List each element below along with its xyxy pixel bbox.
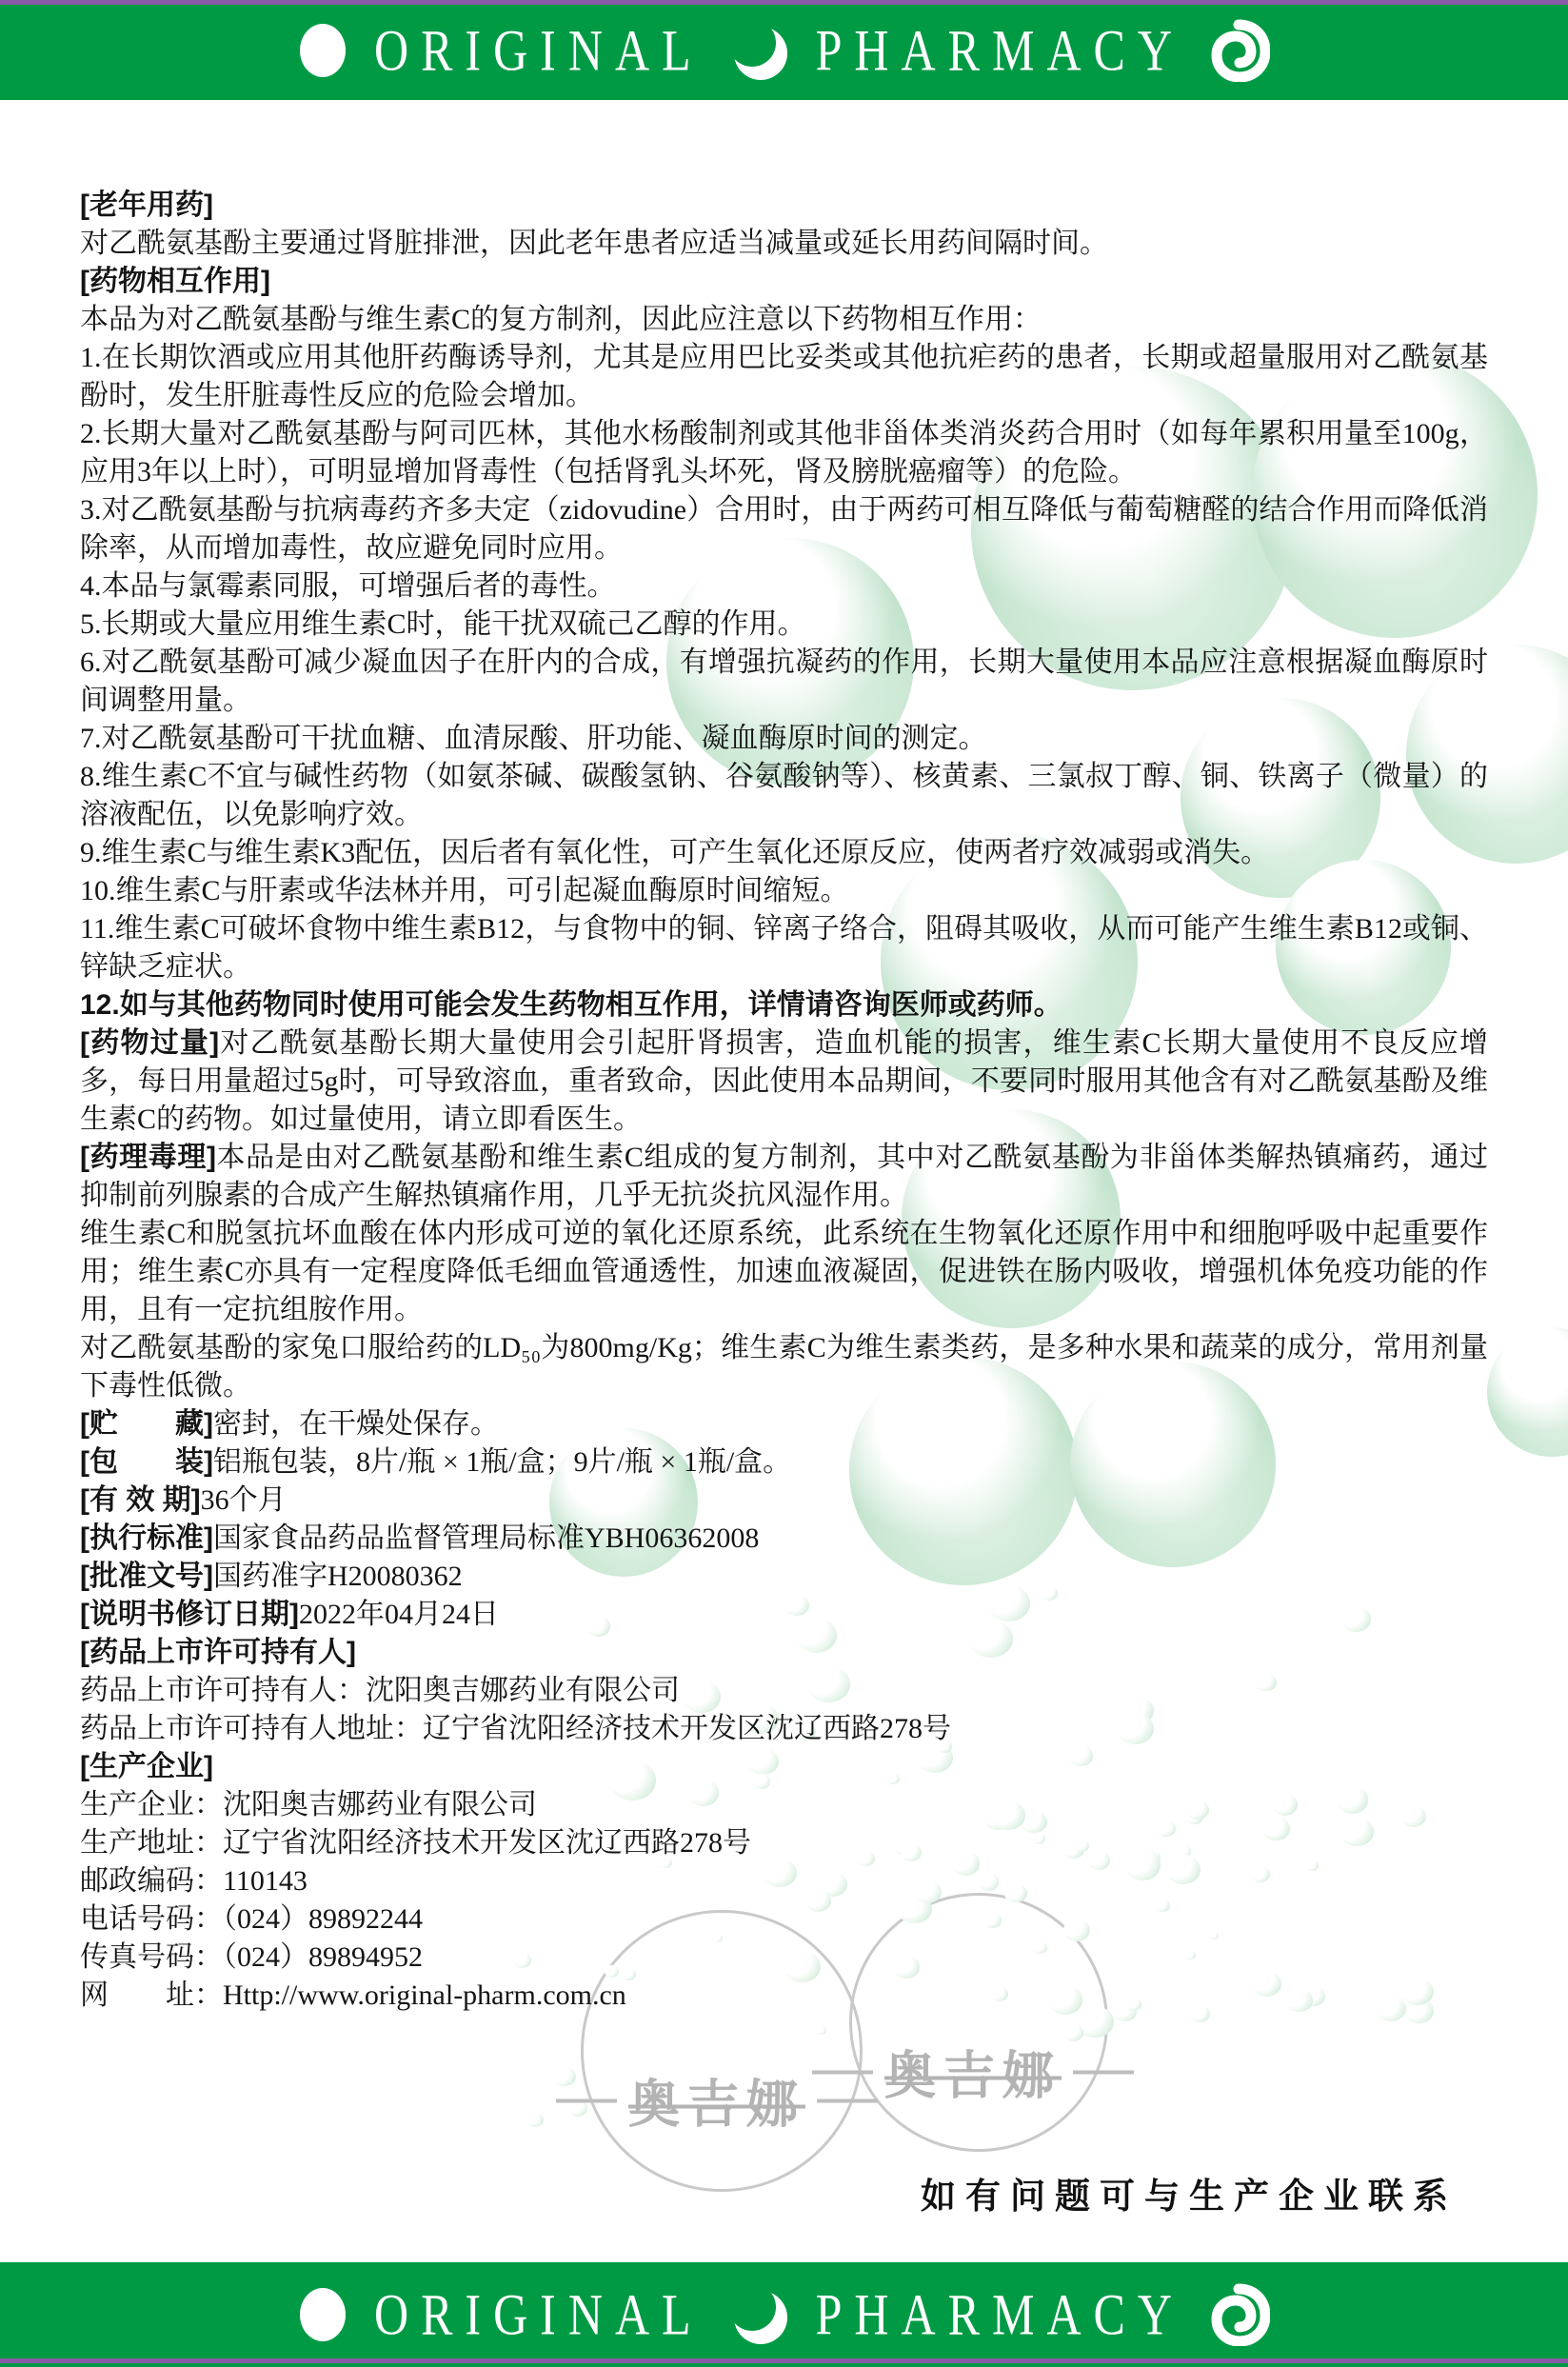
brand-word-pharmacy: PHARMACY bbox=[816, 16, 1184, 84]
droplet-decoration bbox=[526, 2113, 543, 2128]
droplet-decoration bbox=[568, 2099, 587, 2116]
paragraph-text: 本品为对乙酰氨基酚与维生素C的复方制剂，因此应注意以下药物相互作用： bbox=[80, 304, 1042, 335]
header-band: ORIGINAL PHARMACY bbox=[0, 0, 1568, 100]
section-tag: [药品上市许可持有人] bbox=[80, 1637, 356, 1668]
paragraph-text: 电话号码：（024）89892244 bbox=[80, 1903, 423, 1935]
paragraph: 本品为对乙酰氨基酚与维生素C的复方制剂，因此应注意以下药物相互作用： bbox=[80, 301, 1488, 339]
paragraph-text: 1.在长期饮酒或应用其他肝药酶诱导剂，尤其是应用巴比妥类或其他抗疟药的患者，长期… bbox=[80, 342, 1488, 411]
droplet-decoration bbox=[552, 2067, 575, 2087]
paragraph-text: 2022年04月24日 bbox=[299, 1599, 499, 1630]
footer-band: ORIGINAL PHARMACY bbox=[0, 2262, 1568, 2367]
paragraph: 5.长期或大量应用维生素C时，能干扰双硫己乙醇的作用。 bbox=[80, 606, 1488, 644]
paragraph-text: 药品上市许可持有人：沈阳奥吉娜药业有限公司 bbox=[80, 1675, 680, 1706]
section-tag: [生产企业] bbox=[80, 1751, 213, 1782]
paragraph-text: 对乙酰氨基酚主要通过肾脏排泄，因此老年患者应适当减量或延长用药间隔时间。 bbox=[80, 228, 1108, 259]
paragraph: 9.维生素C与维生素K3配伍，因后者有氧化性，可产生氧化还原反应，使两者疗效减弱… bbox=[80, 834, 1488, 872]
crescent-moon-icon bbox=[730, 19, 789, 82]
paragraph-text: 生产企业：沈阳奥吉娜药业有限公司 bbox=[80, 1789, 537, 1820]
paragraph-text: 4.本品与氯霉素同服，可增强后者的毒性。 bbox=[80, 570, 616, 602]
paragraph: 传真号码：（024）89894952 bbox=[80, 1939, 1488, 1977]
brand-logo: ORIGINAL PHARMACY bbox=[0, 0, 1568, 100]
paragraph: [药理毒理]本品是由对乙酰氨基酚和维生素C组成的复方制剂，其中对乙酰氨基酚为非甾… bbox=[80, 1139, 1488, 1215]
paragraph: 电话号码：（024）89892244 bbox=[80, 1900, 1488, 1939]
paragraph: 生产地址：辽宁省沈阳经济技术开发区沈辽西路278号 bbox=[80, 1824, 1488, 1862]
paragraph: [包 装]铝瓶包装，8片/瓶 × 1瓶/盒；9片/瓶 × 1瓶/盒。 bbox=[80, 1443, 1488, 1482]
paragraph: [药品上市许可持有人] bbox=[80, 1634, 1488, 1672]
watermark-line bbox=[817, 2098, 878, 2102]
paragraph: 生产企业：沈阳奥吉娜药业有限公司 bbox=[80, 1786, 1488, 1824]
section-tag: [有 效 期] bbox=[80, 1484, 201, 1516]
paragraph: 对乙酰氨基酚主要通过肾脏排泄，因此老年患者应适当减量或延长用药间隔时间。 bbox=[80, 225, 1488, 263]
paragraph: 维生素C和脱氢抗坏血酸在体内形成可逆的氧化还原系统，此系统在生物氧化还原作用中和… bbox=[80, 1215, 1488, 1329]
paragraph-text: 2.长期大量对乙酰氨基酚与阿司匹林，其他水杨酸制剂或其他非甾体类消炎药合用时（如… bbox=[80, 418, 1488, 487]
paragraph-text: 9.维生素C与维生素K3配伍，因后者有氧化性，可产生氧化还原反应，使两者疗效减弱… bbox=[80, 837, 1269, 868]
section-tag: [说明书修订日期] bbox=[80, 1599, 299, 1630]
paragraph-text: 对乙酰氨基酚的家兔口服给药的LD₅₀为800mg/Kg；维生素C为维生素类药，是… bbox=[80, 1332, 1488, 1402]
paragraph-text: 3.对乙酰氨基酚与抗病毒药齐多夫定（zidovudine）合用时，由于两药可相互… bbox=[80, 494, 1488, 564]
paragraph-text: 密封，在干燥处保存。 bbox=[213, 1408, 499, 1440]
contact-note: 如有问题可与生产企业联系 bbox=[921, 2167, 1458, 2218]
paragraph: 8.维生素C不宜与碱性药物（如氨茶碱、碳酸氢钠、谷氨酸钠等）、核黄素、三氯叔丁醇… bbox=[80, 758, 1488, 834]
paragraph-text: 药品上市许可持有人地址：辽宁省沈阳经济技术开发区沈辽西路278号 bbox=[80, 1713, 951, 1744]
paragraph: 药品上市许可持有人地址：辽宁省沈阳经济技术开发区沈辽西路278号 bbox=[80, 1710, 1488, 1748]
section-tag: [老年用药] bbox=[80, 189, 213, 221]
paragraph: 11.维生素C可破坏食物中维生素B12，与食物中的铜、锌离子络合，阻碍其吸收，从… bbox=[80, 910, 1488, 986]
paragraph-text: 传真号码：（024）89894952 bbox=[80, 1941, 423, 1973]
paragraph: 网 址：Http://www.original-pharm.com.cn bbox=[80, 1977, 1488, 2015]
brand-word-pharmacy: PHARMACY bbox=[816, 2281, 1184, 2349]
insert-body: [老年用药] 对乙酰氨基酚主要通过肾脏排泄，因此老年患者应适当减量或延长用药间隔… bbox=[80, 187, 1488, 2015]
paragraph: 12.如与其他药物同时使用可能会发生药物相互作用，详情请咨询医师或药师。 bbox=[80, 986, 1488, 1024]
brand-word-original: ORIGINAL bbox=[374, 2281, 704, 2349]
section-tag: [药物相互作用] bbox=[80, 266, 270, 297]
paragraph: 6.对乙酰氨基酚可减少凝血因子在肝内的合成，有增强抗凝药的作用，长期大量使用本品… bbox=[80, 644, 1488, 720]
paragraph-text: 12.如与其他药物同时使用可能会发生药物相互作用，详情请咨询医师或药师。 bbox=[80, 989, 1062, 1021]
paragraph-text: 11.维生素C可破坏食物中维生素B12，与食物中的铜、锌离子络合，阻碍其吸收，从… bbox=[80, 913, 1488, 983]
paragraph: [药物相互作用] bbox=[80, 263, 1488, 301]
oval-icon bbox=[298, 23, 347, 78]
watermark-line bbox=[812, 2070, 873, 2074]
droplet-decoration bbox=[1063, 2024, 1084, 2041]
paragraph: 3.对乙酰氨基酚与抗病毒药齐多夫定（zidovudine）合用时，由于两药可相互… bbox=[80, 491, 1488, 567]
paragraph-text: 5.长期或大量应用维生素C时，能干扰双硫己乙醇的作用。 bbox=[80, 608, 806, 640]
paragraph: 2.长期大量对乙酰氨基酚与阿司匹林，其他水杨酸制剂或其他非甾体类消炎药合用时（如… bbox=[80, 415, 1488, 491]
swirl-icon bbox=[1211, 2283, 1270, 2346]
paragraph-text: 维生素C和脱氢抗坏血酸在体内形成可逆的氧化还原系统，此系统在生物氧化还原作用中和… bbox=[80, 1218, 1488, 1325]
watermark-logo: 奥吉娜 bbox=[812, 2036, 1134, 2109]
paragraph: 4.本品与氯霉素同服，可增强后者的毒性。 bbox=[80, 567, 1488, 606]
paragraph-text: 国家食品药品监督管理局标准YBH06362008 bbox=[213, 1522, 759, 1554]
paragraph-text: 生产地址：辽宁省沈阳经济技术开发区沈辽西路278号 bbox=[80, 1827, 751, 1859]
paragraph-text: 8.维生素C不宜与碱性药物（如氨茶碱、碳酸氢钠、谷氨酸钠等）、核黄素、三氯叔丁醇… bbox=[80, 761, 1488, 830]
paragraph-text: 网 址：Http://www.original-pharm.com.cn bbox=[80, 1979, 626, 2011]
section-tag: [批准文号] bbox=[80, 1561, 213, 1592]
paragraph-text: 6.对乙酰氨基酚可减少凝血因子在肝内的合成，有增强抗凝药的作用，长期大量使用本品… bbox=[80, 646, 1488, 716]
paragraph: 对乙酰氨基酚的家兔口服给药的LD₅₀为800mg/Kg；维生素C为维生素类药，是… bbox=[80, 1329, 1488, 1405]
drug-insert-page: 奥吉娜 奥吉娜 ORIGINAL PHARMACY [老年用药 bbox=[0, 0, 1568, 2367]
swirl-icon bbox=[1211, 19, 1270, 82]
brand-logo: ORIGINAL PHARMACY bbox=[0, 2262, 1568, 2367]
paragraph: [贮 藏]密封，在干燥处保存。 bbox=[80, 1405, 1488, 1443]
paragraph-text: 邮政编码：110143 bbox=[80, 1865, 308, 1897]
section-tag: [药物过量] bbox=[80, 1027, 219, 1059]
paragraph: 7.对乙酰氨基酚可干扰血糖、血清尿酸、肝功能、凝血酶原时间的测定。 bbox=[80, 720, 1488, 758]
brand-word-original: ORIGINAL bbox=[374, 16, 704, 84]
oval-icon bbox=[298, 2287, 347, 2342]
paragraph: [有 效 期]36个月 bbox=[80, 1482, 1488, 1520]
paragraph: 邮政编码：110143 bbox=[80, 1862, 1488, 1900]
paragraph: 药品上市许可持有人：沈阳奥吉娜药业有限公司 bbox=[80, 1672, 1488, 1710]
paragraph-text: 本品是由对乙酰氨基酚和维生素C组成的复方制剂，其中对乙酰氨基酚为非甾体类解热镇痛… bbox=[80, 1142, 1488, 1211]
paragraph: [执行标准]国家食品药品监督管理局标准YBH06362008 bbox=[80, 1520, 1488, 1558]
paragraph-text: 7.对乙酰氨基酚可干扰血糖、血清尿酸、肝功能、凝血酶原时间的测定。 bbox=[80, 723, 987, 754]
watermark-line bbox=[556, 2098, 617, 2102]
paragraph: [老年用药] bbox=[80, 187, 1488, 225]
paragraph: [生产企业] bbox=[80, 1748, 1488, 1786]
paragraph-text: 国药准字H20080362 bbox=[213, 1561, 463, 1592]
section-tag: [包 装] bbox=[80, 1446, 213, 1478]
section-tag: [药理毒理] bbox=[80, 1142, 216, 1173]
watermark-logo: 奥吉娜 bbox=[556, 2064, 878, 2138]
paragraph-text: 铝瓶包装，8片/瓶 × 1瓶/盒；9片/瓶 × 1瓶/盒。 bbox=[213, 1446, 791, 1478]
bubble-sphere-decoration bbox=[1487, 1327, 1568, 1457]
paragraph-text: 10.维生素C与肝素或华法林并用，可引起凝血酶原时间缩短。 bbox=[80, 875, 849, 906]
watermark-text: 奥吉娜 bbox=[628, 2064, 805, 2138]
section-tag: [贮 藏] bbox=[80, 1408, 213, 1440]
paragraph: 10.维生素C与肝素或华法林并用，可引起凝血酶原时间缩短。 bbox=[80, 872, 1488, 910]
paragraph: [说明书修订日期]2022年04月24日 bbox=[80, 1596, 1488, 1634]
watermark-line bbox=[1073, 2070, 1134, 2074]
paragraph: [药物过量]对乙酰氨基酚长期大量使用会引起肝肾损害，造血机能的损害，维生素C长期… bbox=[80, 1024, 1488, 1139]
paragraph-text: 对乙酰氨基酚长期大量使用会引起肝肾损害，造血机能的损害，维生素C长期大量使用不良… bbox=[80, 1027, 1488, 1135]
paragraph: [批准文号]国药准字H20080362 bbox=[80, 1558, 1488, 1596]
paragraph-text: 36个月 bbox=[201, 1484, 287, 1516]
crescent-moon-icon bbox=[730, 2283, 789, 2346]
droplet-decoration bbox=[816, 2026, 826, 2035]
section-tag: [执行标准] bbox=[80, 1522, 213, 1554]
paragraph: 1.在长期饮酒或应用其他肝药酶诱导剂，尤其是应用巴比妥类或其他抗疟药的患者，长期… bbox=[80, 339, 1488, 415]
watermark-text: 奥吉娜 bbox=[884, 2036, 1062, 2109]
